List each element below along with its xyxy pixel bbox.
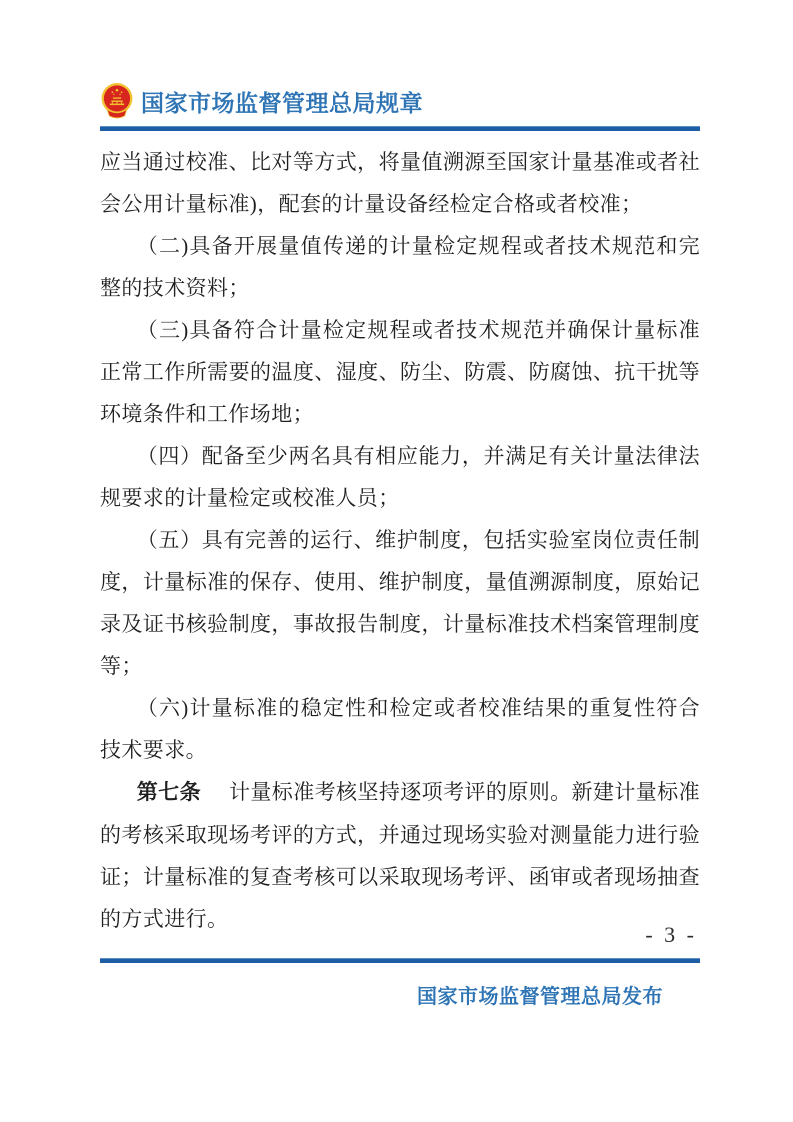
paragraph: （三)具备符合计量检定规程或者技术规范并确保计量标准正常工作所需要的温度、湿度、… (100, 309, 700, 435)
paragraph: （五）具有完善的运行、维护制度，包括实验室岗位责任制度，计量标准的保存、使用、维… (100, 519, 700, 687)
page-number: - 3 - (645, 922, 697, 948)
header-title: 国家市场监督管理总局规章 (141, 85, 423, 118)
header-divider (100, 126, 700, 131)
footer-divider (100, 958, 700, 963)
paragraph: （四）配备至少两名具有相应能力，并满足有关计量法律法规要求的计量检定或校准人员； (100, 435, 700, 519)
paragraph: 应当通过校准、比对等方式，将量值溯源至国家计量基准或者社会公用计量标准)，配套的… (100, 141, 700, 225)
national-emblem-icon (100, 82, 134, 120)
document-body: 应当通过校准、比对等方式，将量值溯源至国家计量基准或者社会公用计量标准)，配套的… (100, 141, 700, 940)
paragraph: 第七条计量标准考核坚持逐项考评的原则。新建计量标准的考核采取现场考评的方式，并通… (100, 771, 700, 940)
article-number: 第七条 (137, 781, 201, 804)
document-page: 国家市场监督管理总局规章 应当通过校准、比对等方式，将量值溯源至国家计量基准或者… (0, 0, 793, 1122)
document-header: 国家市场监督管理总局规章 (100, 82, 700, 120)
paragraph: （六)计量标准的稳定性和检定或者校准结果的重复性符合技术要求。 (100, 687, 700, 771)
paragraph: （二)具备开展量值传递的计量检定规程或者技术规范和完整的技术资料； (100, 225, 700, 309)
publisher-line: 国家市场监督管理总局发布 (417, 980, 663, 1009)
